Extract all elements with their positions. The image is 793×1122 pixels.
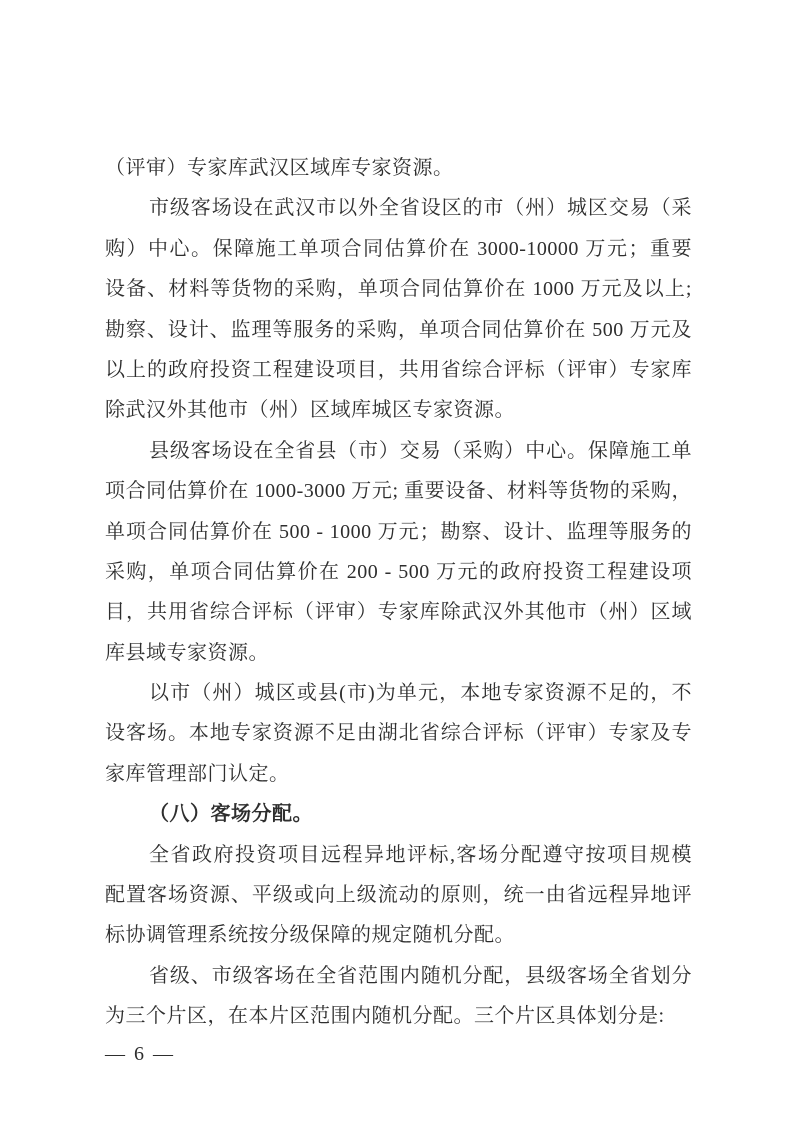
para-continuation-expert-library: （评审）专家库武汉区域库专家资源。 (105, 148, 692, 188)
text-line: 为三个片区，在本片区范围内随机分配。三个片区具体划分是: (105, 996, 692, 1036)
page-number: — 6 — (105, 1034, 175, 1074)
text-line: 采购，单项合同估算价在 200 - 500 万元的政府投资工程建设项 (105, 552, 692, 592)
text-line: 全省政府投资项目远程异地评标,客场分配遵守按项目规模 (105, 835, 692, 875)
para-county-level-venue: 县级客场设在全省县（市）交易（采购）中心。保障施工单项合同估算价在 1000-3… (105, 431, 692, 673)
text-line: 库县域专家资源。 (105, 633, 692, 673)
text-line: 购）中心。保障施工单项合同估算价在 3000-10000 万元；重要 (105, 229, 692, 269)
document-page: （评审）专家库武汉区域库专家资源。市级客场设在武汉市以外全省设区的市（州）城区交… (0, 0, 793, 1122)
para-city-level-venue: 市级客场设在武汉市以外全省设区的市（州）城区交易（采购）中心。保障施工单项合同估… (105, 188, 692, 430)
text-line: 配置客场资源、平级或向上级流动的原则，统一由省远程异地评 (105, 875, 692, 915)
text-line: （八）客场分配。 (105, 794, 692, 834)
text-line: 家库管理部门认定。 (105, 754, 692, 794)
text-line: 勘察、设计、监理等服务的采购，单项合同估算价在 500 万元及 (105, 310, 692, 350)
text-line: 以市（州）城区或县(市)为单元，本地专家资源不足的，不 (105, 673, 692, 713)
text-line: 除武汉外其他市（州）区域库城区专家资源。 (105, 390, 692, 430)
text-line: 设备、材料等货物的采购，单项合同估算价在 1000 万元及以上; (105, 269, 692, 309)
para-insufficient-local-experts: 以市（州）城区或县(市)为单元，本地专家资源不足的，不设客场。本地专家资源不足由… (105, 673, 692, 794)
para-heading-venue-allocation: （八）客场分配。 (105, 794, 692, 834)
text-line: 标协调管理系统按分级保障的规定随机分配。 (105, 915, 692, 955)
text-line: 设客场。本地专家资源不足由湖北省综合评标（评审）专家及专 (105, 713, 692, 753)
text-line: 项合同估算价在 1000-3000 万元; 重要设备、材料等货物的采购， (105, 471, 692, 511)
text-line: 县级客场设在全省县（市）交易（采购）中心。保障施工单 (105, 431, 692, 471)
para-allocation-principle: 全省政府投资项目远程异地评标,客场分配遵守按项目规模配置客场资源、平级或向上级流… (105, 835, 692, 956)
para-random-allocation-zones: 省级、市级客场在全省范围内随机分配，县级客场全省划分为三个片区，在本片区范围内随… (105, 956, 692, 1037)
text-line: 省级、市级客场在全省范围内随机分配，县级客场全省划分 (105, 956, 692, 996)
text-line: 以上的政府投资工程建设项目，共用省综合评标（评审）专家库 (105, 350, 692, 390)
text-block: （评审）专家库武汉区域库专家资源。市级客场设在武汉市以外全省设区的市（州）城区交… (105, 148, 692, 1037)
text-line: （评审）专家库武汉区域库专家资源。 (105, 148, 692, 188)
text-line: 目，共用省综合评标（评审）专家库除武汉外其他市（州）区域 (105, 592, 692, 632)
text-line: 市级客场设在武汉市以外全省设区的市（州）城区交易（采 (105, 188, 692, 228)
text-line: 单项合同估算价在 500 - 1000 万元；勘察、设计、监理等服务的 (105, 512, 692, 552)
